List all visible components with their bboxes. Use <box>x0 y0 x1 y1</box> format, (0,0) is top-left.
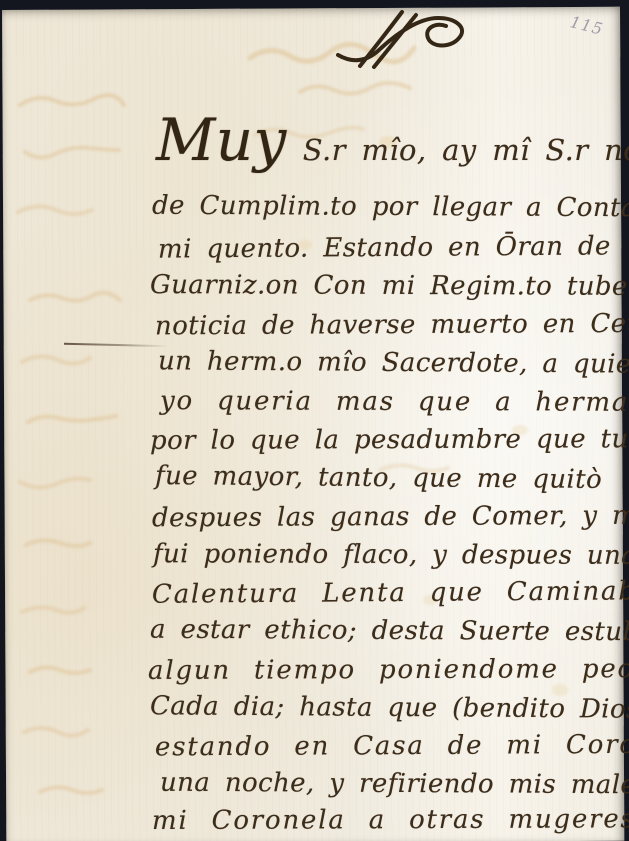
manuscript-line: a estar ethico; desta Suerte estube <box>150 615 629 648</box>
manuscript-line: mi Coronela a otras mugeres que <box>152 804 629 836</box>
manuscript-line: yo queria mas que a hermano; <box>160 386 629 418</box>
manuscript-line: estando en Casa de mi Coronel <box>155 730 629 763</box>
manuscript-scan: 115 Muy S.r mîo, ay mî S.r no Vio de Cum… <box>0 0 629 841</box>
salutation-rest: S.r mîo, ay mî S.r no Vio <box>303 133 629 167</box>
manuscript-line: algun tiempo poniendome peor <box>148 654 629 686</box>
manuscript-line: una noche, y refiriendo mis males <box>160 768 629 801</box>
salutation-initial: Muy <box>156 106 287 174</box>
manuscript-line: fui poniendo flaco, y despues una <box>153 539 629 571</box>
manuscript-line: Cada dia; hasta que (bendito Dios) <box>150 691 629 724</box>
manuscript-line: fue mayor, tanto, que me quitò <box>155 461 602 495</box>
manuscript-line: noticia de haverse muerto en Ceuta <box>155 309 629 342</box>
manuscript-line: por lo que la pesadumbre que tube <box>150 424 629 456</box>
manuscript-line: Calentura Lenta que Caminaba <box>152 576 629 610</box>
rubric-flourish <box>332 8 474 72</box>
manuscript-line: Muy S.r mîo, ay mî S.r no Vio <box>156 106 629 174</box>
manuscript-line: Guarniz.on Con mi Regim.to tube la <box>150 270 629 302</box>
manuscript-line: un herm.o mîo Sacerdote, a quien <box>158 346 629 379</box>
manuscript-line: despues las ganas de Comer, y me <box>152 501 629 534</box>
manuscript-line: de Cumplim.to por llegar a Contar <box>152 191 629 224</box>
manuscript-line: mi quento. Estando en Ōran de <box>158 231 611 264</box>
